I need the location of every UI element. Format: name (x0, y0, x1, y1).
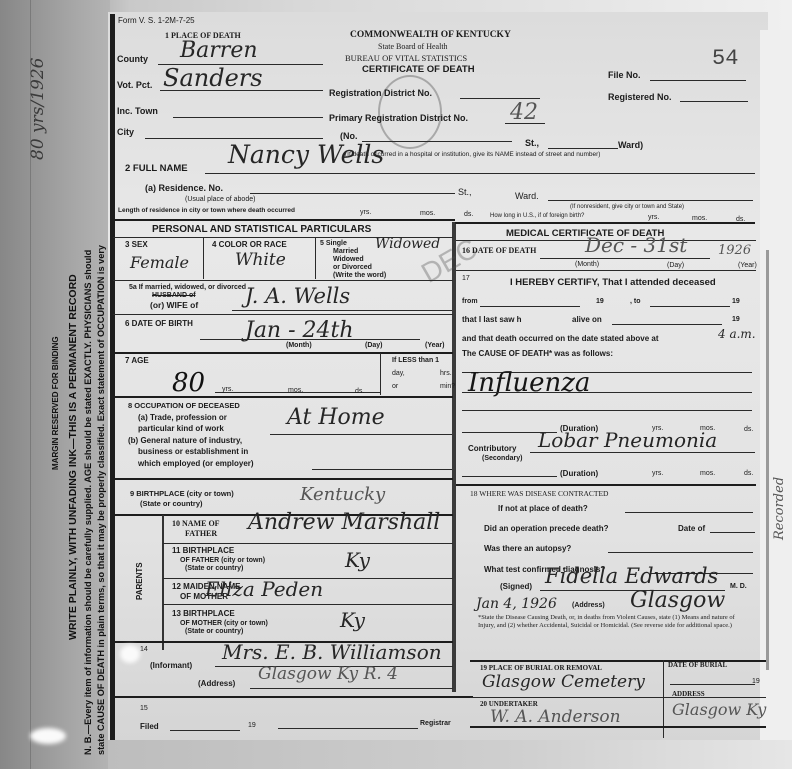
undertaker-row-top (470, 697, 766, 698)
occupation-a-1: (a) Trade, profession or (138, 414, 227, 422)
registered-no-line (680, 101, 748, 102)
margin-note: 80 yrs/1926 (28, 58, 48, 160)
color-marital-divider (315, 237, 316, 279)
mother-birthplace-value: Ky (340, 608, 365, 632)
birthplace-label-1: 9 BIRTHPLACE (city or town) (130, 490, 234, 498)
dod-row-bottom (456, 270, 756, 271)
alive-on-year: 19 (732, 316, 740, 324)
physician-address-label: (Address) (572, 602, 605, 610)
contributory-label: Contributory (468, 445, 516, 453)
contributory-line (530, 452, 755, 453)
primary-registration-district-value: 42 (510, 100, 538, 125)
attended-from-year: 19 (596, 298, 604, 306)
mother-birthplace-label-3: (State or country) (185, 628, 243, 636)
occupation-b-line (312, 469, 452, 470)
less-hrs: hrs. (440, 370, 452, 378)
burial-date-label: DATE OF BURIAL (668, 661, 727, 669)
color-label: 4 COLOR OR RACE (212, 240, 287, 250)
occupation-row-top (113, 396, 453, 398)
file-no-line (650, 80, 746, 81)
city-line (145, 138, 323, 139)
undertaker-value: W. A. Anderson (490, 707, 621, 727)
burial-date-line (670, 684, 755, 685)
marital-label-divorced: or Divorced (333, 264, 372, 272)
occupation-a-line (270, 434, 452, 435)
alive-on-label: alive on (572, 316, 602, 324)
usual-place-note: (Usual place of abode) (185, 196, 255, 204)
residence-ds: ds. (464, 211, 473, 219)
spouse-line (232, 310, 452, 311)
parents-inner-divider (162, 515, 164, 650)
city-label: City (117, 127, 134, 137)
contributory-value: Lobar Pneumonia (538, 428, 717, 452)
registrar-label: Registrar (420, 720, 451, 728)
residence-st-label: St., (458, 187, 472, 197)
operation-date-label: Date of (678, 525, 705, 533)
sex-value: Female (130, 253, 189, 272)
filed-year-prefix: 19 (248, 722, 256, 730)
dob-label: 6 DATE OF BIRTH (125, 320, 193, 328)
spouse-value: J. A. Wells (245, 284, 350, 308)
county-value: Barren (180, 38, 258, 63)
signed-label: (Signed) (500, 583, 532, 591)
informant-value: Mrs. E. B. Williamson (222, 640, 442, 664)
where-contracted-row-top (456, 484, 756, 486)
center-divider (452, 222, 456, 692)
spouse-label-wife: (or) WIFE of (150, 300, 198, 310)
full-name-label: 2 FULL NAME (125, 164, 188, 174)
filed-row-top (113, 696, 473, 698)
official-seal-stamp (378, 75, 442, 149)
father-birthplace-value: Ky (345, 548, 370, 572)
street-no-line (362, 141, 512, 142)
personal-section-title: PERSONAL AND STATISTICAL PARTICULARS (152, 225, 371, 235)
age-value: 80 (172, 368, 205, 398)
father-birthplace-label-3: (State or country) (185, 565, 243, 573)
section-divider-top-right (455, 222, 755, 224)
age-mos: mos. (288, 387, 303, 395)
informant-label: (Informant) (150, 662, 192, 670)
informant-number: 14 (140, 646, 148, 654)
less-min: min? (440, 383, 455, 391)
not-at-place-label: If not at place of death? (498, 505, 588, 513)
age-label: 7 AGE (125, 357, 149, 365)
age-yrs: yrs. (222, 386, 233, 394)
alive-on-line (612, 324, 722, 325)
burial-address-label: ADDRESS (672, 690, 705, 698)
dob-value: Jan - 24th (245, 318, 354, 343)
informant-address-value: Glasgow Ky R. 4 (258, 664, 398, 684)
inc-town-label: Inc. Town (117, 106, 158, 116)
sex-label: 3 SEX (125, 240, 148, 250)
registration-district-label: Registration District No. (329, 88, 432, 98)
street-st-line (548, 148, 618, 149)
death-time-value: 4 a.m. (718, 327, 756, 341)
section-divider-top (113, 219, 455, 221)
length-of-residence-label: Length of residence in city or town wher… (118, 207, 295, 215)
burial-place-label: 19 PLACE OF BURIAL OR REMOVAL (480, 664, 602, 672)
age-ds: ds. (355, 388, 364, 396)
side-instruction-nb: N. B.—Every item of information should b… (83, 250, 93, 755)
attended-from-line (480, 306, 580, 307)
vot-pct-value: Sanders (163, 64, 263, 92)
attended-from-label: from (462, 298, 478, 306)
inc-town-line (173, 117, 323, 118)
marital-value: Widowed (375, 236, 440, 252)
marital-label-write: (Write the word) (333, 272, 386, 280)
occupation-a-2: particular kind of work (138, 425, 224, 433)
secondary-label: (Secondary) (482, 455, 522, 463)
attended-to-line (650, 306, 730, 307)
filed-line (170, 730, 240, 731)
cause-line-3 (462, 410, 752, 411)
occupation-b-3: which employed (or employer) (138, 460, 254, 468)
marital-label-married: Married (333, 248, 358, 256)
occupation-value: At Home (287, 405, 385, 430)
age-row-top (113, 352, 453, 354)
certify-number: 17 (462, 275, 470, 283)
less-or: or (392, 383, 398, 391)
informant-address-line (250, 688, 453, 689)
primary-registration-district-label: Primary Registration District No. (329, 113, 468, 123)
burial-date-year-prefix: 19 (752, 678, 760, 686)
occupation-b-2: business or establishment in (138, 448, 248, 456)
duration-2-yrs: yrs. (652, 470, 663, 478)
burial-address-value: Glasgow Ky (672, 700, 766, 719)
occupation-label: 8 OCCUPATION OF DECEASED (128, 402, 240, 410)
spouse-label-1: 5a If married, widowed, or divorced (129, 284, 246, 292)
date-of-death-year: 1926 (718, 243, 751, 258)
full-name-line (205, 173, 755, 174)
mother-birthplace-label-2: OF MOTHER (city or town) (180, 620, 268, 628)
cause-footnote: *State the Disease Causing Death, or, in… (478, 614, 748, 630)
father-name-value: Andrew Marshall (248, 510, 440, 535)
mother-name-value: Eliza Peden (205, 577, 323, 601)
color-value: White (235, 250, 286, 270)
left-border (110, 14, 115, 754)
less-day: day, (392, 370, 405, 378)
residence-ward-line (548, 200, 753, 201)
father-name-label-2: FATHER (185, 530, 217, 538)
attended-to-label: , to (630, 298, 641, 306)
right-border (766, 250, 769, 670)
operation-label: Did an operation precede death? (484, 525, 608, 533)
where-contracted-label: 18 WHERE WAS DISEASE CONTRACTED (470, 490, 608, 498)
date-of-death-value: Dec - 31st (585, 233, 687, 257)
street-st-label: St., (525, 138, 539, 148)
dob-month-label: (Month) (286, 342, 312, 350)
duration-2-label: (Duration) (560, 470, 598, 478)
duration-2-mos: mos. (700, 470, 715, 478)
certify-text: I HEREBY CERTIFY, That I attended deceas… (510, 278, 716, 288)
stamp-number: 54 (712, 46, 738, 71)
side-instruction-cause: state CAUSE OF DEATH in plain terms, so … (96, 245, 106, 755)
residence-line (250, 193, 455, 194)
paper-right-edge (760, 30, 792, 769)
mother-name-line (163, 604, 453, 605)
residence-yrs: yrs. (360, 209, 371, 217)
county-label: County (117, 54, 148, 64)
duration-2-ds: ds. (744, 470, 753, 478)
vot-pct-label: Vot. Pct. (117, 80, 152, 90)
father-name-line (163, 543, 453, 544)
burial-place-value: Glasgow Cemetery (482, 672, 645, 692)
filed-number: 15 (140, 705, 148, 713)
dob-row-top (113, 314, 453, 315)
how-long-us-label: How long in U.S., if of foreign birth? (490, 212, 584, 220)
date-of-death-label: 16 DATE OF DEATH (462, 247, 536, 255)
father-birthplace-label-1: 11 BIRTHPLACE (172, 547, 234, 555)
certificate-title: CERTIFICATE OF DEATH (362, 65, 475, 75)
attended-to-year: 19 (732, 298, 740, 306)
dob-day-label: (Day) (365, 342, 383, 350)
right-margin-note: Recorded (772, 477, 787, 540)
us-yrs: yrs. (648, 214, 659, 222)
informant-address-label: (Address) (198, 680, 235, 688)
less-than-label: If LESS than 1 (392, 357, 439, 365)
cause-value: Influenza (468, 368, 590, 398)
spouse-label-husband: HUSBAND of (152, 292, 196, 300)
residence-mos: mos. (420, 210, 435, 218)
birthplace-value: Kentucky (300, 484, 385, 505)
cause-label: The CAUSE OF DEATH* was as follows: (462, 350, 613, 358)
scan-bottom-strip (108, 740, 792, 769)
form-number: Form V. S. 1-2M-7-25 (118, 17, 195, 25)
physician-value: Fidella Edwards (545, 564, 718, 588)
duration-1-ds: ds. (744, 426, 753, 434)
full-name-value: Nancy Wells (228, 140, 384, 169)
residence-ward-label: Ward. (515, 191, 539, 201)
filed-year-line (278, 728, 418, 729)
parents-section-label: PARENTS (136, 562, 144, 600)
father-name-label-1: 10 NAME OF (172, 520, 220, 528)
scan-artifact-spot (30, 728, 66, 744)
occupation-b-1: (b) General nature of industry, (128, 437, 242, 445)
operation-date-line (710, 532, 755, 533)
registration-district-line (460, 98, 540, 99)
autopsy-line (608, 552, 753, 553)
not-at-place-line (625, 512, 753, 513)
scan-artifact-spot (120, 645, 140, 663)
burial-row-bottom (470, 726, 766, 728)
mother-birthplace-label-1: 13 BIRTHPLACE (172, 610, 235, 618)
duration-2-line (462, 476, 557, 477)
autopsy-label: Was there an autopsy? (484, 545, 571, 553)
side-instruction-write-plainly: WRITE PLAINLY, WITH UNFADING INK—THIS IS… (67, 274, 79, 640)
nonresident-note: (If nonresident, give city or town and S… (570, 203, 684, 211)
residence-label: (a) Residence. No. (145, 183, 223, 193)
street-ward-label: Ward) (618, 140, 643, 150)
death-occurred-label: and that death occurred on the date stat… (462, 335, 658, 343)
dob-year-label: (Year) (425, 342, 444, 350)
board-heading: State Board of Health (378, 43, 448, 51)
commonwealth-heading: COMMONWEALTH OF KENTUCKY (350, 30, 511, 40)
last-saw-label: that I last saw h (462, 316, 522, 324)
marital-label-widowed: Widowed (333, 256, 364, 264)
filed-label: Filed (140, 723, 159, 731)
side-instruction-binding: MARGIN RESERVED FOR BINDING (51, 336, 60, 470)
registered-no-label: Registered No. (608, 92, 672, 102)
dod-day-label: (Day) (667, 262, 684, 270)
birthplace-row-top (113, 478, 453, 480)
file-no-label: File No. (608, 70, 641, 80)
sign-date-value: Jan 4, 1926 (476, 596, 557, 612)
age-less-divider (380, 353, 381, 395)
birthplace-label-2: (State or country) (140, 500, 203, 508)
dod-year-label: (Year) (738, 262, 757, 270)
sex-color-divider (203, 237, 204, 279)
date-of-death-line (540, 258, 710, 259)
father-birthplace-label-2: OF FATHER (city or town) (180, 557, 265, 565)
spouse-row-top (113, 280, 453, 281)
physician-address-value: Glasgow (630, 588, 725, 613)
bureau-heading: BUREAU OF VITAL STATISTICS (345, 53, 467, 63)
md-label: M. D. (730, 583, 747, 591)
cause-line-2 (462, 392, 752, 393)
marital-label-single: 5 Single (320, 240, 347, 248)
dod-month-label: (Month) (575, 261, 599, 269)
